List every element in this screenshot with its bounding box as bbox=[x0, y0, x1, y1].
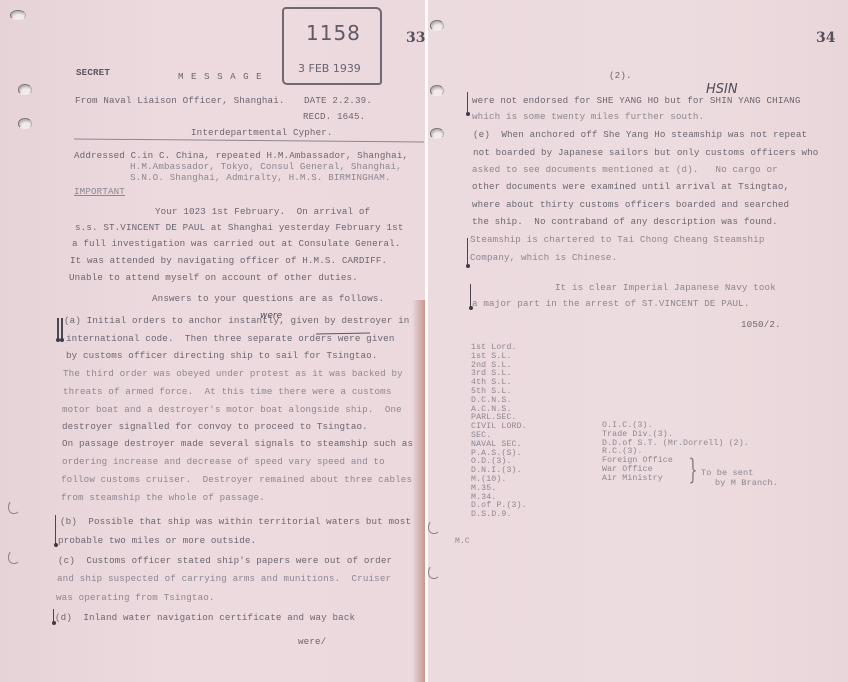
distribution-item: O.I.C.(3). bbox=[602, 421, 653, 430]
body-line: follow customs cruiser. Destroyer remain… bbox=[61, 474, 412, 485]
punch-hole-icon bbox=[428, 520, 440, 534]
punch-hole-icon bbox=[10, 10, 26, 20]
punch-hole-icon bbox=[8, 500, 20, 514]
distribution-note: by M Branch. bbox=[715, 478, 778, 489]
body-line: threats of armed force. At this time the… bbox=[63, 386, 391, 397]
body-line: (e) When anchored off She Yang Ho steams… bbox=[473, 129, 807, 140]
punch-hole-icon bbox=[428, 565, 440, 579]
punch-hole-icon bbox=[430, 20, 444, 31]
message-title: M E S S A G E bbox=[178, 71, 263, 82]
body-line: were not endorsed for SHE YANG HO but fo… bbox=[472, 95, 800, 106]
body-line: s.s. ST.VINCENT DE PAUL at Shanghai yest… bbox=[75, 222, 403, 233]
body-line: It is clear Imperial Japanese Navy took bbox=[555, 282, 776, 293]
body-line: international code. Then three separate … bbox=[66, 333, 394, 344]
time-of-origin: 1050/2. bbox=[741, 319, 781, 330]
body-line: (a) Initial orders to anchor instantly, … bbox=[64, 315, 409, 326]
distribution-item: CIVIL LORD. bbox=[471, 422, 527, 431]
distribution-item: NAVAL SEC. bbox=[471, 440, 522, 449]
punch-hole-icon bbox=[18, 118, 32, 129]
stamp-number: 1158 bbox=[306, 21, 361, 45]
margin-mark bbox=[57, 318, 59, 340]
distribution-item: A.C.N.S. bbox=[471, 405, 512, 414]
body-line: the ship. No contraband of any descripti… bbox=[472, 216, 778, 227]
punch-hole-icon bbox=[18, 84, 32, 95]
distribution-item: Trade Div.(3). bbox=[602, 430, 673, 439]
distribution-item: Air Ministry bbox=[602, 474, 663, 483]
distribution-item: D.S.D.9. bbox=[471, 510, 512, 519]
body-line: other documents were examined until arri… bbox=[472, 181, 789, 192]
body-line: which is some twenty miles further south… bbox=[472, 111, 704, 122]
page-number: 33 bbox=[406, 30, 425, 46]
page-number: 34 bbox=[816, 30, 835, 46]
distribution-item: 4th S.L. bbox=[471, 378, 512, 387]
body-line: The third order was obeyed under protest… bbox=[63, 368, 403, 379]
body-line: ordering increase and decrease of speed … bbox=[62, 456, 385, 467]
distribution-item: Foreign Office bbox=[602, 456, 673, 465]
body-line: asked to see documents mentioned at (d).… bbox=[472, 164, 778, 175]
book-spine-shadow bbox=[412, 300, 425, 682]
distribution-item: M.(10). bbox=[471, 475, 506, 484]
distribution-item: M.35. bbox=[471, 484, 496, 493]
body-line: destroyer signalled for convoy to procee… bbox=[62, 421, 368, 432]
brace: } bbox=[688, 456, 697, 484]
body-line: and ship suspected of carrying arms and … bbox=[57, 573, 391, 584]
body-line: probable two miles or more outside. bbox=[58, 535, 256, 546]
body-line: was operating from Tsingtao. bbox=[56, 592, 215, 603]
message-date: DATE 2.2.39. bbox=[304, 95, 372, 106]
body-line: (c) Customs officer stated ship's papers… bbox=[58, 555, 392, 566]
message-from: From Naval Liaison Officer, Shanghai. bbox=[75, 95, 285, 106]
punch-hole-icon bbox=[430, 85, 444, 96]
body-line: where about thirty customs officers boar… bbox=[472, 199, 789, 210]
distribution-item: D.N.I.(3). bbox=[471, 466, 522, 475]
addressed-line: Addressed C.in C. China, repeated H.M.Am… bbox=[74, 150, 408, 161]
punch-hole-icon bbox=[8, 550, 20, 564]
registry-stamp: 1158 3 FEB 1939 bbox=[282, 7, 382, 85]
handwritten-insert: were bbox=[260, 311, 282, 321]
distribution-item: 1st Lord. bbox=[471, 343, 517, 352]
body-line: On passage destroyer made several signal… bbox=[62, 438, 413, 449]
body-line: Unable to attend myself on account of ot… bbox=[69, 272, 358, 283]
margin-mark bbox=[470, 284, 471, 308]
distribution-item: 5th S.L. bbox=[471, 387, 512, 396]
body-line: motor boat and a destroyer's motor boat … bbox=[62, 404, 402, 415]
priority-label: IMPORTANT bbox=[74, 186, 125, 197]
margin-initials: M.C bbox=[455, 536, 470, 547]
body-line: a full investigation was carried out at … bbox=[72, 238, 400, 249]
punch-hole-icon bbox=[430, 128, 444, 139]
continuation-mark: (2). bbox=[609, 70, 632, 81]
body-line: a major part in the arrest of ST.VINCENT… bbox=[472, 298, 750, 309]
margin-mark bbox=[467, 92, 468, 114]
body-line: Company, which is Chinese. bbox=[470, 252, 617, 263]
distribution-item: D.C.N.S. bbox=[471, 396, 512, 405]
catchword: were/ bbox=[298, 636, 326, 647]
distribution-item: War Office bbox=[602, 465, 653, 474]
margin-mark bbox=[55, 515, 56, 545]
body-line: (b) Possible that ship was within territ… bbox=[60, 516, 411, 527]
distribution-item: PARL.SEC. bbox=[471, 413, 517, 422]
addressed-line: H.M.Ambassador, Tokyo, Consul General, S… bbox=[130, 161, 402, 172]
received-time: RECD. 1645. bbox=[303, 111, 365, 122]
distribution-item: D.of P.(3). bbox=[471, 501, 527, 510]
body-line: Your 1023 1st February. On arrival of bbox=[155, 206, 370, 217]
margin-mark bbox=[61, 318, 63, 340]
body-line: from steamship the whole of passage. bbox=[61, 492, 265, 503]
addressed-line: S.N.O. Shanghai, Admiralty, H.M.S. BIRMI… bbox=[130, 172, 391, 183]
body-line: It was attended by navigating officer of… bbox=[70, 255, 387, 266]
body-line: Steamship is chartered to Tai Chong Chea… bbox=[470, 234, 765, 245]
stamp-date: 3 FEB 1939 bbox=[298, 62, 361, 75]
margin-mark bbox=[467, 238, 468, 266]
body-line: not boarded by Japanese sailors but only… bbox=[473, 147, 818, 158]
margin-mark bbox=[53, 609, 54, 623]
cypher-type: Interdepartmental Cypher. bbox=[191, 127, 333, 138]
body-line: Answers to your questions are as follows… bbox=[152, 293, 384, 304]
distribution-item: SEC. bbox=[471, 431, 491, 440]
distribution-item: 1st S.L. bbox=[471, 352, 512, 361]
classification: SECRET bbox=[76, 67, 110, 78]
body-line: (d) Inland water navigation certificate … bbox=[55, 612, 355, 623]
body-line: by customs officer directing ship to sai… bbox=[66, 350, 378, 361]
